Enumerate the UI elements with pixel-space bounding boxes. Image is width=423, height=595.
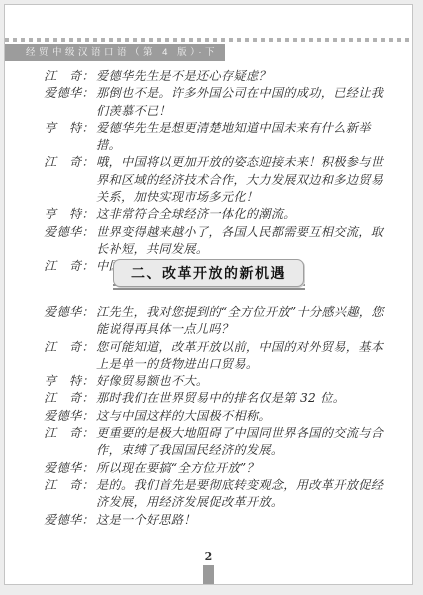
dialogue-text: 这与中国这样的大国极不相称。 (96, 408, 387, 425)
dialogue-turn: 爱德华： 江先生，我对您提到的“全方位开放”十分感兴趣，您能说得再具体一点儿吗？ (44, 304, 387, 339)
dotted-rule (5, 38, 412, 42)
dialogue-text: 哦，中国将以更加开放的姿态迎接未来！积极参与世界和区域的经济技术合作，大力发展双… (96, 154, 387, 206)
dialogue-turn: 江 奇： 那时我们在世界贸易中的排名仅是第 32 位。 (44, 390, 387, 407)
dialogue-turn: 江 奇： 您可能知道，改革开放以前，中国的对外贸易，基本上是单一的货物进出口贸易… (44, 339, 387, 374)
book-title: 经贸中级汉语口语（第 4 版）·下 (26, 47, 218, 58)
dialogue-text: 这是一个好思路！ (96, 512, 387, 529)
page-footer: 2 (5, 550, 412, 584)
dialogue-text: 爱德华先生是想更清楚地知道中国未来有什么新举措。 (96, 120, 387, 155)
dialogue-section-2: 爱德华： 江先生，我对您提到的“全方位开放”十分感兴趣，您能说得再具体一点儿吗？… (44, 304, 387, 529)
dialogue-text: 江先生，我对您提到的“全方位开放”十分感兴趣，您能说得再具体一点儿吗？ (96, 304, 387, 339)
dialogue-turn: 江 奇： 是的。我们首先是要彻底转变观念，用改革开放促经济发展，用经济发展促改革… (44, 477, 387, 512)
dialogue-text: 好像贸易额也不大。 (96, 373, 387, 390)
speaker-label: 亨 特： (44, 373, 96, 390)
speaker-label: 亨 特： (44, 120, 96, 137)
speaker-label: 爱德华： (44, 512, 96, 529)
section-heading-wrap: 二、改革开放的新机遇 (5, 259, 412, 292)
speaker-label: 亨 特： (44, 206, 96, 223)
dialogue-text: 爱德华先生是不是还心存疑虑？ (96, 68, 387, 85)
dialogue-turn: 爱德华： 这是一个好思路！ (44, 512, 387, 529)
speaker-label: 爱德华： (44, 224, 96, 241)
speaker-label: 江 奇： (44, 68, 96, 85)
page-tab (203, 565, 214, 584)
dialogue-turn: 江 奇： 哦，中国将以更加开放的姿态迎接未来！积极参与世界和区域的经济技术合作，… (44, 154, 387, 206)
dialogue-text: 那时我们在世界贸易中的排名仅是第 32 位。 (96, 390, 387, 407)
speaker-label: 爱德华： (44, 85, 96, 102)
dialogue-text: 这非常符合全球经济一体化的潮流。 (96, 206, 387, 223)
dialogue-turn: 亨 特： 爱德华先生是想更清楚地知道中国未来有什么新举措。 (44, 120, 387, 155)
dialogue-text: 更重要的是极大地阻碍了中国同世界各国的交流与合作，束缚了我国国民经济的发展。 (96, 425, 387, 460)
dialogue-text: 世界变得越来越小了，各国人民都需要互相交流，取长补短，共同发展。 (96, 224, 387, 259)
speaker-label: 江 奇： (44, 154, 96, 171)
running-header-bar: 经贸中级汉语口语（第 4 版）·下 (5, 44, 225, 61)
page-number: 2 (5, 550, 412, 563)
speaker-label: 爱德华： (44, 304, 96, 321)
dialogue-turn: 亨 特： 这非常符合全球经济一体化的潮流。 (44, 206, 387, 223)
dialogue-turn: 爱德华： 那倒也不是。许多外国公司在中国的成功，已经让我们羡慕不已！ (44, 85, 387, 120)
speaker-label: 爱德华： (44, 408, 96, 425)
speaker-label: 江 奇： (44, 477, 96, 494)
speaker-label: 爱德华： (44, 460, 96, 477)
dialogue-turn: 爱德华： 所以现在要搞“全方位开放”？ (44, 460, 387, 477)
speaker-label: 江 奇： (44, 390, 96, 407)
speaker-label: 江 奇： (44, 339, 96, 356)
dialogue-turn: 亨 特： 好像贸易额也不大。 (44, 373, 387, 390)
dialogue-turn: 爱德华： 这与中国这样的大国极不相称。 (44, 408, 387, 425)
dialogue-turn: 江 奇： 更重要的是极大地阻碍了中国同世界各国的交流与合作，束缚了我国国民经济的… (44, 425, 387, 460)
rule-line-bottom (113, 288, 305, 290)
dialogue-text: 所以现在要搞“全方位开放”？ (96, 460, 387, 477)
dialogue-text: 那倒也不是。许多外国公司在中国的成功，已经让我们羡慕不已！ (96, 85, 387, 120)
dialogue-turn: 江 奇： 爱德华先生是不是还心存疑虑？ (44, 68, 387, 85)
dialogue-section-1: 江 奇： 爱德华先生是不是还心存疑虑？ 爱德华： 那倒也不是。许多外国公司在中国… (44, 68, 387, 276)
dialogue-text: 您可能知道，改革开放以前，中国的对外贸易，基本上是单一的货物进出口贸易。 (96, 339, 387, 374)
speaker-label: 江 奇： (44, 425, 96, 442)
dialogue-text: 是的。我们首先是要彻底转变观念，用改革开放促经济发展，用经济发展促改革开放。 (96, 477, 387, 512)
dialogue-turn: 爱德华： 世界变得越来越小了，各国人民都需要互相交流，取长补短，共同发展。 (44, 224, 387, 259)
section-heading-box: 二、改革开放的新机遇 (113, 259, 304, 287)
book-page: 经贸中级汉语口语（第 4 版）·下 江 奇： 爱德华先生是不是还心存疑虑？ 爱德… (4, 4, 413, 585)
section-heading: 二、改革开放的新机遇 (131, 265, 286, 281)
